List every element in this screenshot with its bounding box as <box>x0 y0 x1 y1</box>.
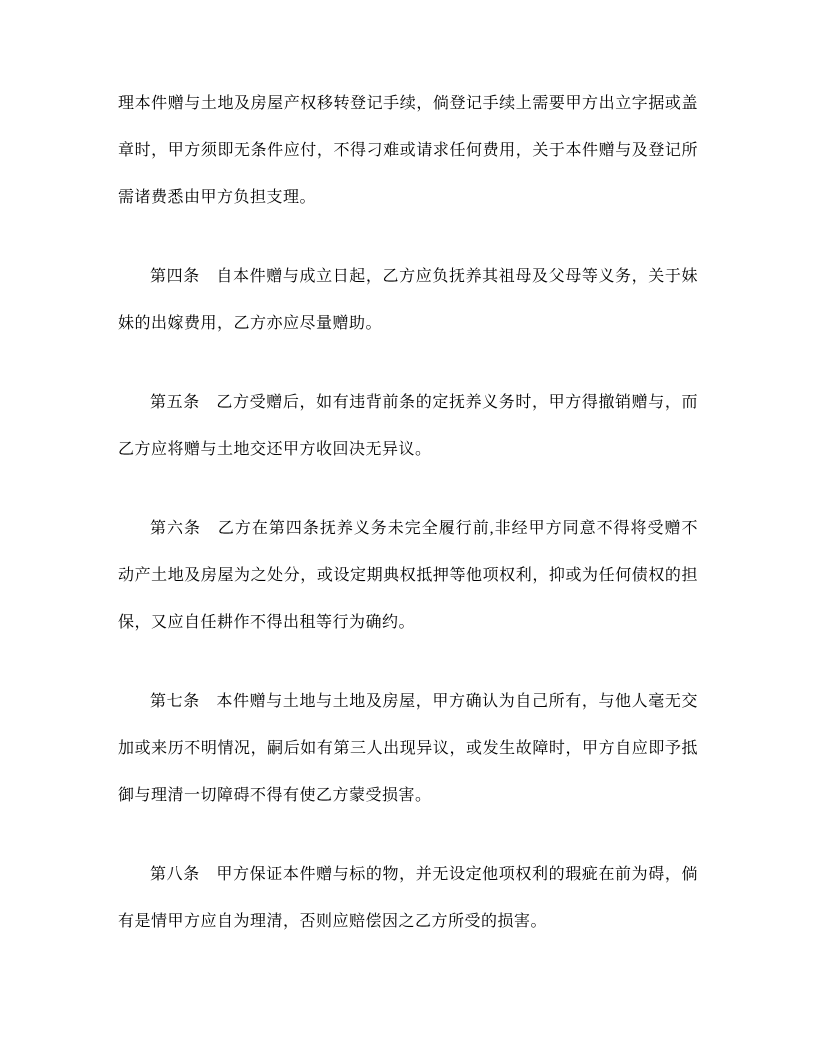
document-page: 理本件赠与土地及房屋产权移转登记手续，倘登记手续上需要甲方出立字据或盖章时，甲方… <box>0 0 816 1056</box>
paragraph-clause-4: 第四条 自本件赠与成立日起，乙方应负抚养其祖母及父母等义务，关于妹妹的出嫁费用，… <box>118 253 698 347</box>
paragraph-clause-6: 第六条 乙方在第四条抚养义务未完全履行前,非经甲方同意不得将受赠不动产土地及房屋… <box>118 505 698 646</box>
paragraph-clause-3-continuation: 理本件赠与土地及房屋产权移转登记手续，倘登记手续上需要甲方出立字据或盖章时，甲方… <box>118 80 698 221</box>
paragraph-clause-7: 第七条 本件赠与土地与土地及房屋，甲方确认为自己所有，与他人毫无交加或来历不明情… <box>118 678 698 819</box>
paragraph-clause-5: 第五条 乙方受赠后，如有违背前条的定抚养义务时，甲方得撤销赠与，而乙方应将赠与土… <box>118 379 698 473</box>
paragraph-clause-8: 第八条 甲方保证本件赠与标的物，并无设定他项权利的瑕疵在前为碍，倘有是情甲方应自… <box>118 851 698 945</box>
